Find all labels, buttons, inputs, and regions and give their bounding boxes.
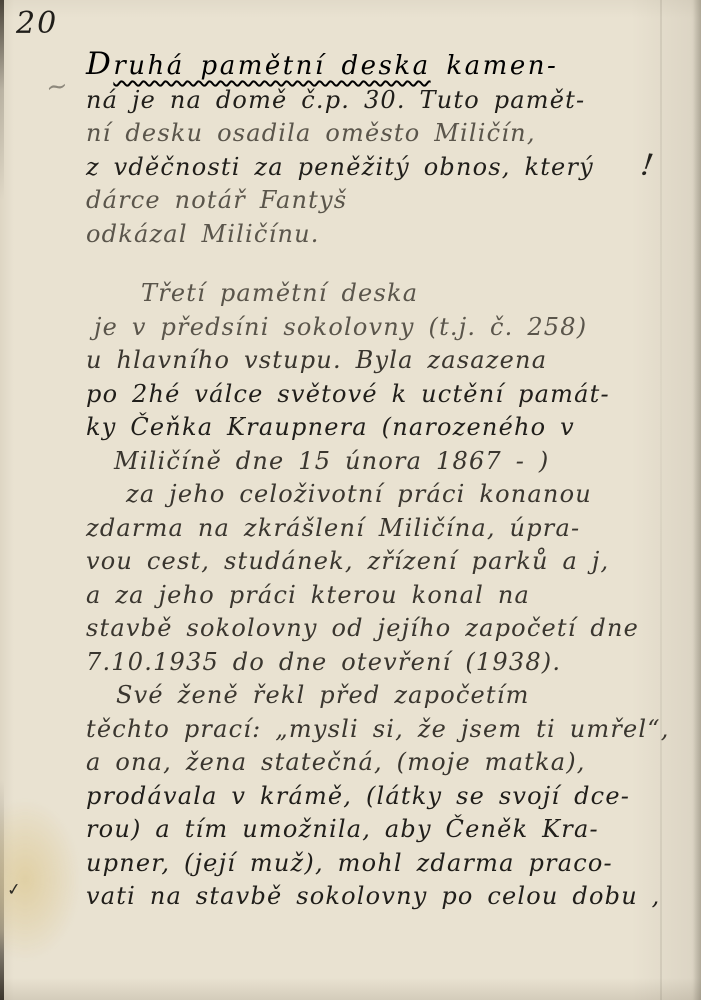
manuscript-page: 20 ∼ ✓ ! Druhá pamětní deska kamen- ná j… [0,0,701,1000]
text-line: rou) a tím umožnila, aby Čeněk Kra- [86,813,672,847]
text-line: u hlavního vstupu. Byla zasazena [86,344,672,378]
pencil-squiggle: ∼ [44,71,70,104]
text-line: za jeho celoživotní práci konanou [86,478,672,512]
text-line: zdarma na zkrášlení Miličína, úpra- [86,512,672,546]
text-line: po 2hé válce světové k uctění památ- [86,378,672,412]
text-line: vati na stavbě sokolovny po celou dobu , [86,880,672,914]
text-line: dárce notář Fantyš [86,184,672,218]
text-line: upner, (její muž), mohl zdarma praco- [86,847,672,881]
text-line: odkázal Miličínu. [86,218,672,252]
text-lines: ná je na domě č.p. 30. Tuto pamět-ní des… [86,84,672,914]
text-line: je v předsíni sokolovny (t.j. č. 258) [86,311,672,345]
text-line: Své ženě řekl před započetím [86,679,672,713]
text-line: z vděčnosti za peněžitý obnos, který [86,151,672,185]
text-line: ná je na domě č.p. 30. Tuto pamět- [86,84,672,118]
text-line: 7.10.1935 do dne otevření (1938). [86,646,672,680]
text-line: prodávala v krámě, (látky se svojí dce- [86,780,672,814]
text-line: těchto prací: „mysli si, že jsem ti umře… [86,713,672,747]
checkmark: ✓ [6,879,22,900]
text-line: stavbě sokolovny od jejího započetí dne [86,612,672,646]
text-line: Miličíně dne 15 února 1867 - ) [86,445,672,479]
heading-underlined: ruhá pamětní deska [113,51,430,81]
text-line: a za jeho práci kterou konal na [86,579,672,613]
heading-lead: D [86,46,113,82]
heading-line: Druhá pamětní deska kamen- [86,48,672,84]
text-line: a ona, žena statečná, (moje matka), [86,746,672,780]
text-line: ní desku osadila oměsto Miličín, [86,117,672,151]
text-line: ky Čeňka Kraupnera (narozeného v [86,411,672,445]
text-line: Třetí pamětní deska [86,277,672,311]
heading-tail: kamen- [431,51,559,81]
page-number: 20 [16,6,58,41]
text-line: vou cest, studánek, zřízení parků a j, [86,545,672,579]
page-edge-right [693,0,701,1000]
handwritten-text: Druhá pamětní deska kamen- ná je na domě… [86,48,672,914]
